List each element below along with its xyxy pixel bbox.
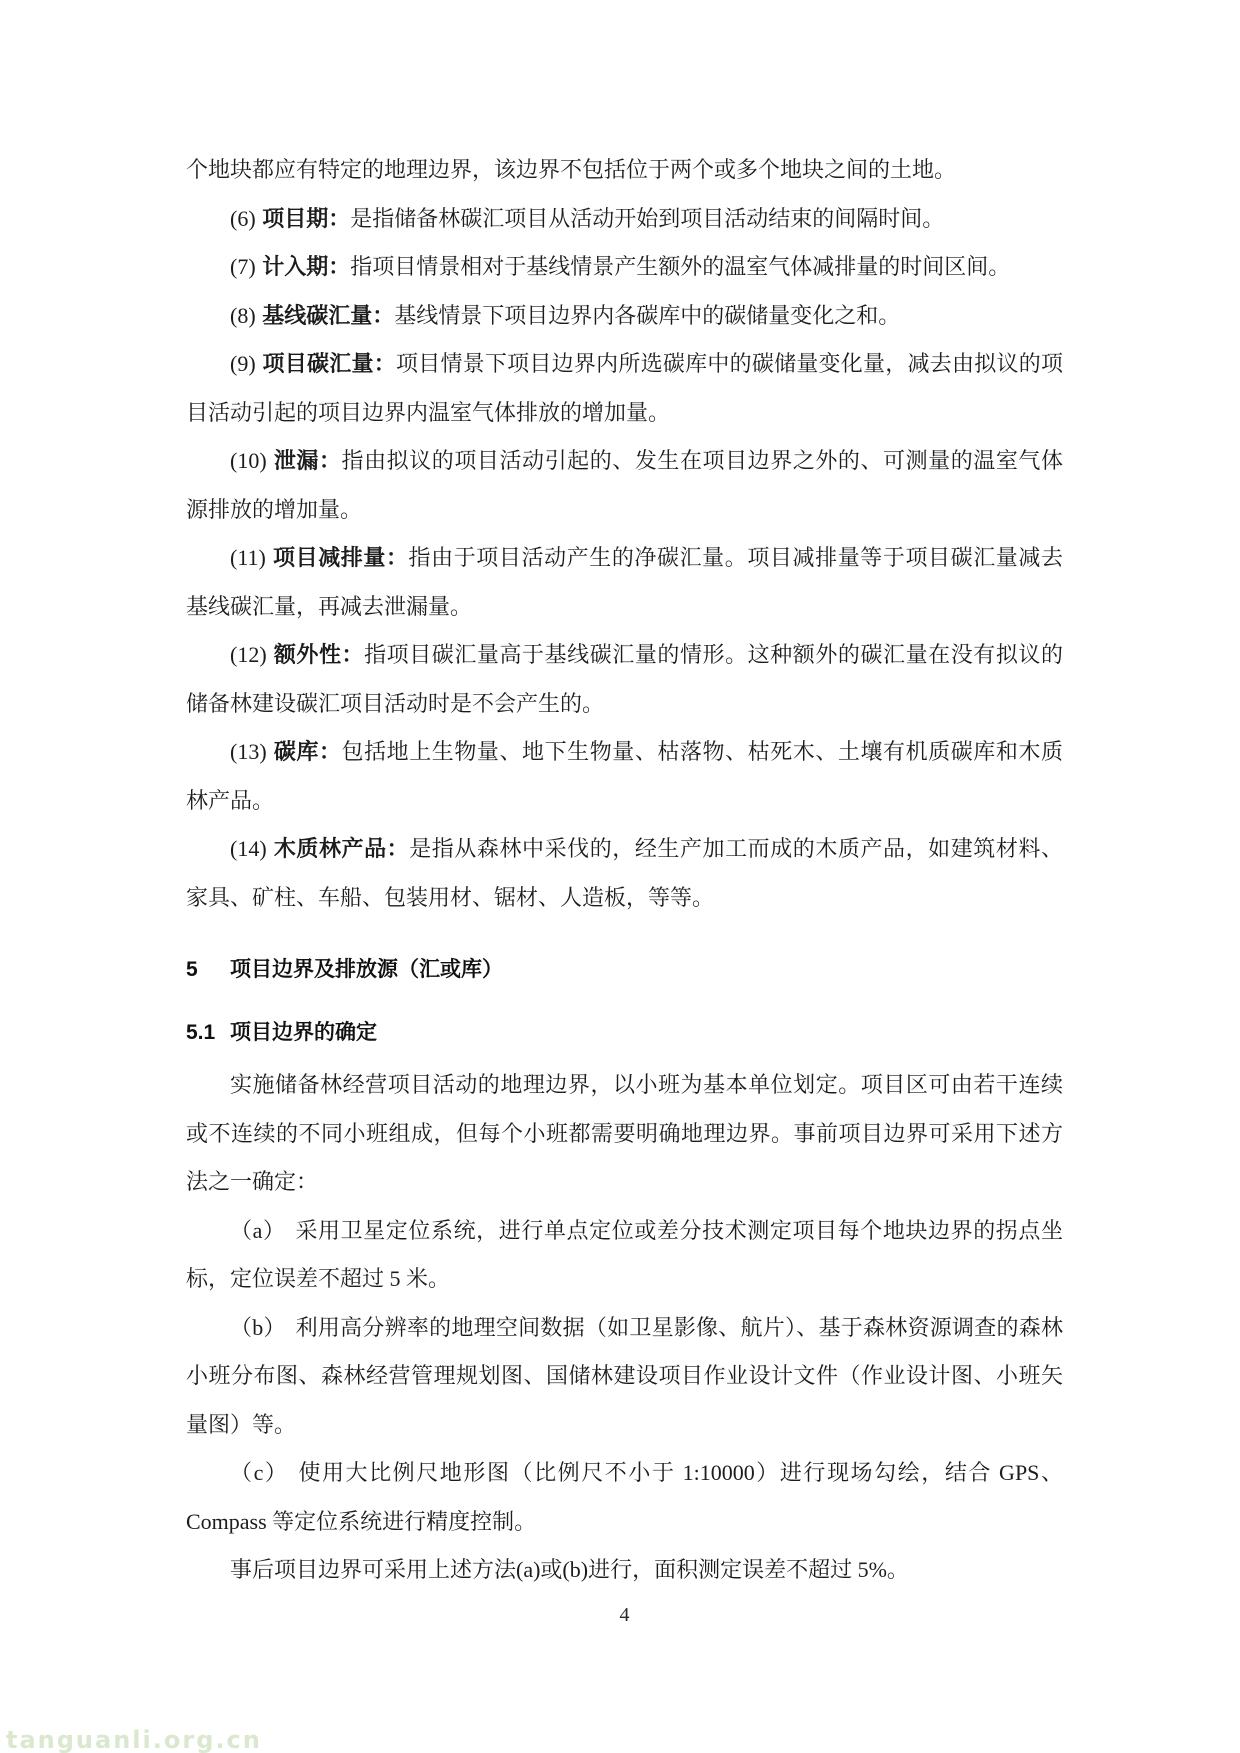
definition-text: 指项目情景相对于基线情景产生额外的温室气体减排量的时间区间。 xyxy=(350,254,1010,279)
method-label: （b） xyxy=(230,1315,286,1340)
subsection-number: 5.1 xyxy=(186,1009,230,1058)
definition-number: (12) xyxy=(230,642,267,667)
method-paragraph: （b）利用高分辨率的地理空间数据（如卫星影像、航片）、基于森林资源调查的森林小班… xyxy=(186,1304,1063,1450)
definition-paragraph: (9)项目碳汇量：项目情景下项目边界内所选碳库中的碳储量变化量，减去由拟议的项目… xyxy=(186,340,1063,437)
definition-term: 木质林产品： xyxy=(273,836,409,861)
section-heading: 5项目边界及排放源（汇或库） xyxy=(186,946,1063,995)
definition-number: (11) xyxy=(230,545,266,570)
definition-term: 计入期： xyxy=(262,254,350,279)
document-content: 个地块都应有特定的地理边界，该边界不包括位于两个或多个地块之间的土地。 (6)项… xyxy=(0,0,1240,1635)
method-text: 采用卫星定位系统，进行单点定位或差分技术测定项目每个地块边界的拐点坐标，定位误差… xyxy=(186,1218,1063,1292)
method-text: 使用大比例尺地形图（比例尺不小于 1:10000）进行现场勾绘，结合 GPS、C… xyxy=(186,1460,1063,1534)
definition-term: 项目期： xyxy=(262,206,350,231)
page-number: 4 xyxy=(186,1595,1063,1635)
body-paragraph: 事后项目边界可采用上述方法(a)或(b)进行，面积测定误差不超过 5%。 xyxy=(186,1546,1063,1595)
method-label: （a） xyxy=(230,1218,286,1243)
watermark-text: tanguanli.org.cn xyxy=(6,1726,262,1753)
definition-paragraph: (8)基线碳汇量：基线情景下项目边界内各碳库中的碳储量变化之和。 xyxy=(186,292,1063,341)
definition-number: (6) xyxy=(230,206,256,231)
definition-term: 项目减排量： xyxy=(272,545,408,570)
definition-number: (13) xyxy=(230,739,267,764)
definition-number: (7) xyxy=(230,254,256,279)
definition-paragraph: (14)木质林产品：是指从森林中采伐的，经生产加工而成的木质产品，如建筑材料、家… xyxy=(186,825,1063,922)
definition-number: (8) xyxy=(230,303,256,328)
section-number: 5 xyxy=(186,946,230,995)
definition-term: 额外性： xyxy=(273,642,364,667)
subsection-title: 项目边界的确定 xyxy=(230,1021,377,1044)
subsection-heading: 5.1项目边界的确定 xyxy=(186,1009,1063,1058)
method-paragraph: （c）使用大比例尺地形图（比例尺不小于 1:10000）进行现场勾绘，结合 GP… xyxy=(186,1449,1063,1546)
definition-term: 基线碳汇量： xyxy=(262,303,394,328)
definition-term: 碳库： xyxy=(273,739,341,764)
definition-paragraph: (7)计入期：指项目情景相对于基线情景产生额外的温室气体减排量的时间区间。 xyxy=(186,243,1063,292)
document-page: 个地块都应有特定的地理边界，该边界不包括位于两个或多个地块之间的土地。 (6)项… xyxy=(0,0,1240,1753)
definition-number: (14) xyxy=(230,836,267,861)
definition-paragraph: (13)碳库：包括地上生物量、地下生物量、枯落物、枯死木、土壤有机质碳库和木质林… xyxy=(186,728,1063,825)
definition-number: (9) xyxy=(230,351,256,376)
definition-term: 泄漏： xyxy=(273,448,341,473)
definition-paragraph: (12)额外性：指项目碳汇量高于基线碳汇量的情形。这种额外的碳汇量在没有拟议的储… xyxy=(186,631,1063,728)
definition-paragraph: (11)项目减排量：指由于项目活动产生的净碳汇量。项目减排量等于项目碳汇量减去基… xyxy=(186,534,1063,631)
method-text: 利用高分辨率的地理空间数据（如卫星影像、航片）、基于森林资源调查的森林小班分布图… xyxy=(186,1315,1063,1437)
definition-term: 项目碳汇量： xyxy=(262,351,396,376)
definition-paragraph: (6)项目期：是指储备林碳汇项目从活动开始到项目活动结束的间隔时间。 xyxy=(186,195,1063,244)
definition-paragraph: (10)泄漏：指由拟议的项目活动引起的、发生在项目边界之外的、可测量的温室气体源… xyxy=(186,437,1063,534)
body-paragraph: 实施储备林经营项目活动的地理边界，以小班为基本单位划定。项目区可由若干连续或不连… xyxy=(186,1061,1063,1207)
section-title: 项目边界及排放源（汇或库） xyxy=(230,958,503,981)
definition-number: (10) xyxy=(230,448,267,473)
intro-continuation-paragraph: 个地块都应有特定的地理边界，该边界不包括位于两个或多个地块之间的土地。 xyxy=(186,146,1063,195)
definition-text: 是指储备林碳汇项目从活动开始到项目活动结束的间隔时间。 xyxy=(350,206,944,231)
definition-text: 基线情景下项目边界内各碳库中的碳储量变化之和。 xyxy=(394,303,900,328)
method-label: （c） xyxy=(230,1460,288,1485)
method-paragraph: （a）采用卫星定位系统，进行单点定位或差分技术测定项目每个地块边界的拐点坐标，定… xyxy=(186,1207,1063,1304)
